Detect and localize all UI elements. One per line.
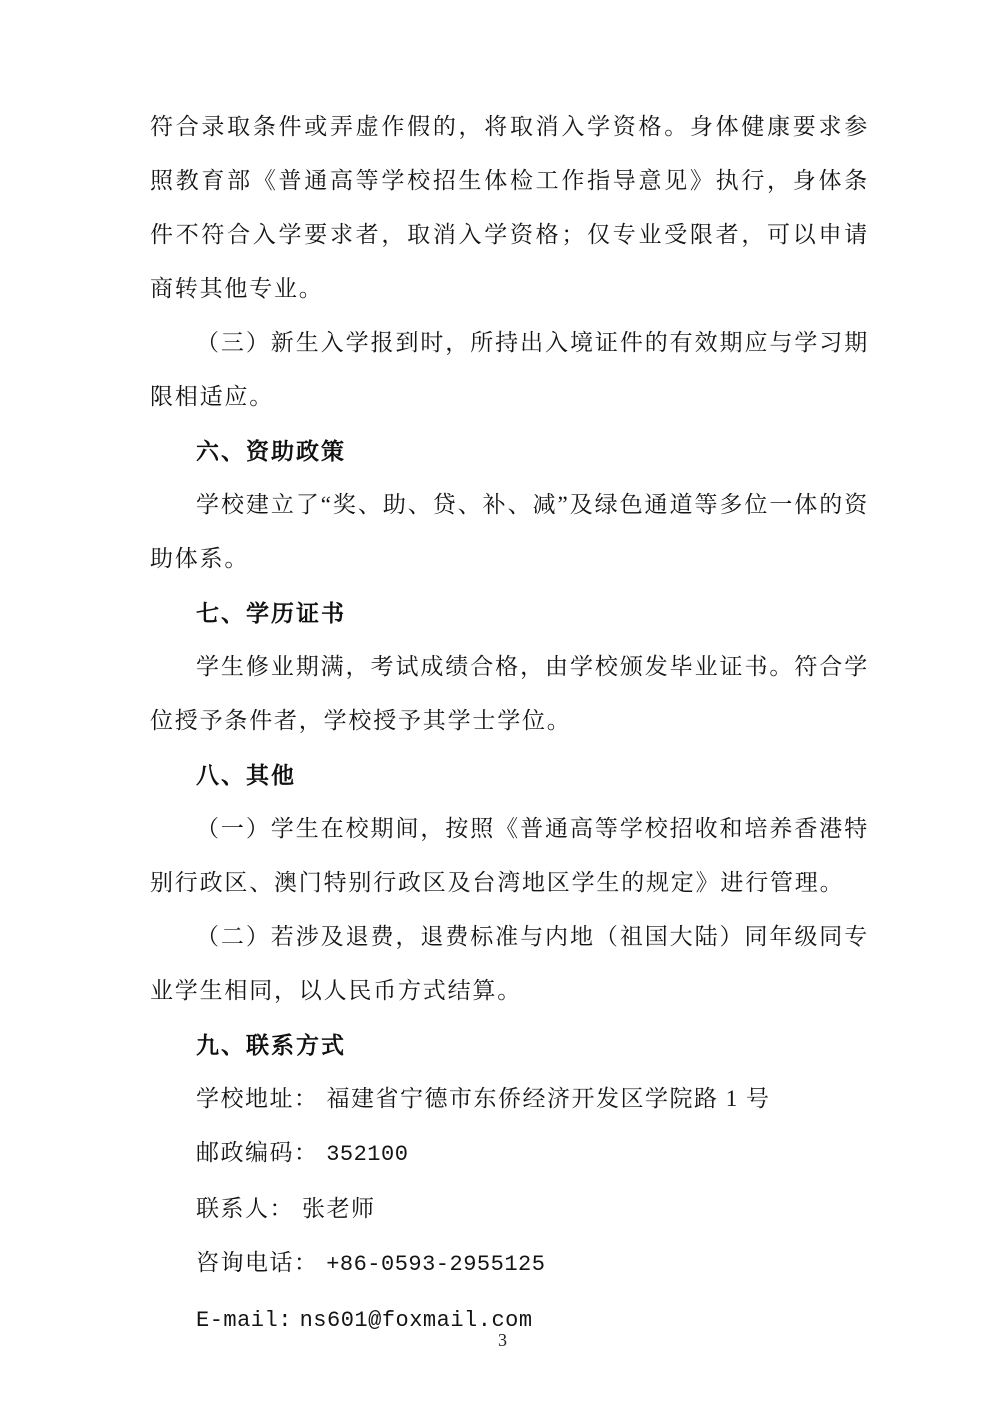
document-content: 符合录取条件或弄虚作假的，将取消入学资格。身体健康要求参照教育部《普通高等学校招… [150, 100, 869, 1348]
section-heading-funding-policy: 六、资助政策 [150, 424, 869, 478]
contact-line-person: 联系人：张老师 [150, 1182, 869, 1236]
paragraph-entry-documents: （三）新生入学报到时，所持出入境证件的有效期应与学习期限相适应。 [150, 316, 869, 424]
contact-line-postcode: 邮政编码：352100 [150, 1126, 869, 1182]
section-heading-contact: 九、联系方式 [150, 1018, 869, 1072]
section-heading-diploma: 七、学历证书 [150, 586, 869, 640]
contact-line-address: 学校地址：福建省宁德市东侨经济开发区学院路 1 号 [150, 1072, 869, 1126]
paragraph-refund-policy: （二）若涉及退费，退费标准与内地（祖国大陆）同年级同专业学生相同，以人民币方式结… [150, 910, 869, 1018]
paragraph-management-regulation: （一）学生在校期间，按照《普通高等学校招收和培养香港特别行政区、澳门特别行政区及… [150, 802, 869, 910]
contact-value-address: 福建省宁德市东侨经济开发区学院路 1 号 [327, 1086, 771, 1111]
contact-label-person: 联系人： [196, 1196, 294, 1221]
contact-line-phone: 咨询电话：+86-0593-2955125 [150, 1236, 869, 1292]
section-heading-others: 八、其他 [150, 748, 869, 802]
document-page: 符合录取条件或弄虚作假的，将取消入学资格。身体健康要求参照教育部《普通高等学校招… [0, 0, 1005, 1428]
page-number: 3 [0, 1328, 1005, 1352]
contact-label-address: 学校地址： [196, 1086, 319, 1111]
paragraph-diploma-degree: 学生修业期满，考试成绩合格，由学校颁发毕业证书。符合学位授予条件者，学校授予其学… [150, 640, 869, 748]
paragraph-funding-system: 学校建立了“奖、助、贷、补、减”及绿色通道等多位一体的资助体系。 [150, 478, 869, 586]
contact-value-postcode: 352100 [326, 1142, 408, 1167]
contact-value-person: 张老师 [302, 1196, 376, 1221]
contact-value-phone: +86-0593-2955125 [326, 1252, 545, 1277]
contact-label-postcode: 邮政编码： [196, 1140, 319, 1165]
contact-label-phone: 咨询电话： [196, 1250, 319, 1275]
paragraph-admission-conditions: 符合录取条件或弄虚作假的，将取消入学资格。身体健康要求参照教育部《普通高等学校招… [150, 100, 869, 316]
